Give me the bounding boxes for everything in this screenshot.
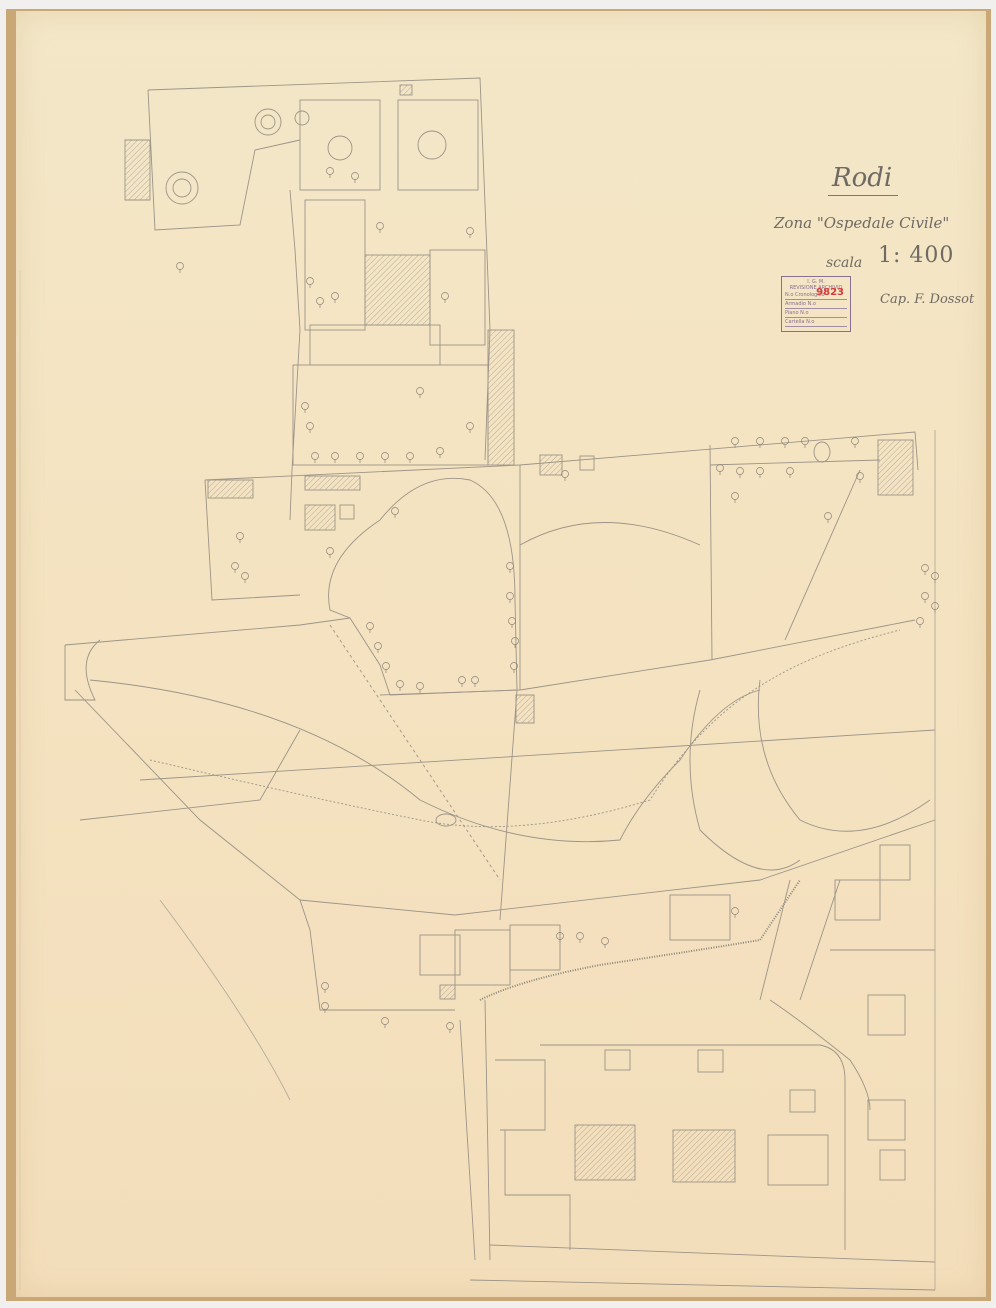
map-title: Rodi	[828, 163, 898, 196]
scale-label: scala	[826, 255, 862, 271]
zone-label: Zona "Ospedale Civile"	[774, 214, 949, 232]
map-drawing	[0, 0, 996, 1308]
stamp-field2-label: Armadio N.o	[785, 300, 847, 309]
scale-value: 1: 400	[878, 243, 954, 268]
stamp-number: 9823	[816, 289, 844, 297]
signature: Cap. F. Dossot	[880, 292, 974, 307]
stamp-field4-label: Cartella N.o	[785, 318, 847, 327]
stamp-field3-label: Piano N.o	[785, 309, 847, 318]
archive-stamp: I. G. M. REVISIONE ARCHIVIO N.o Cronolog…	[781, 276, 851, 332]
